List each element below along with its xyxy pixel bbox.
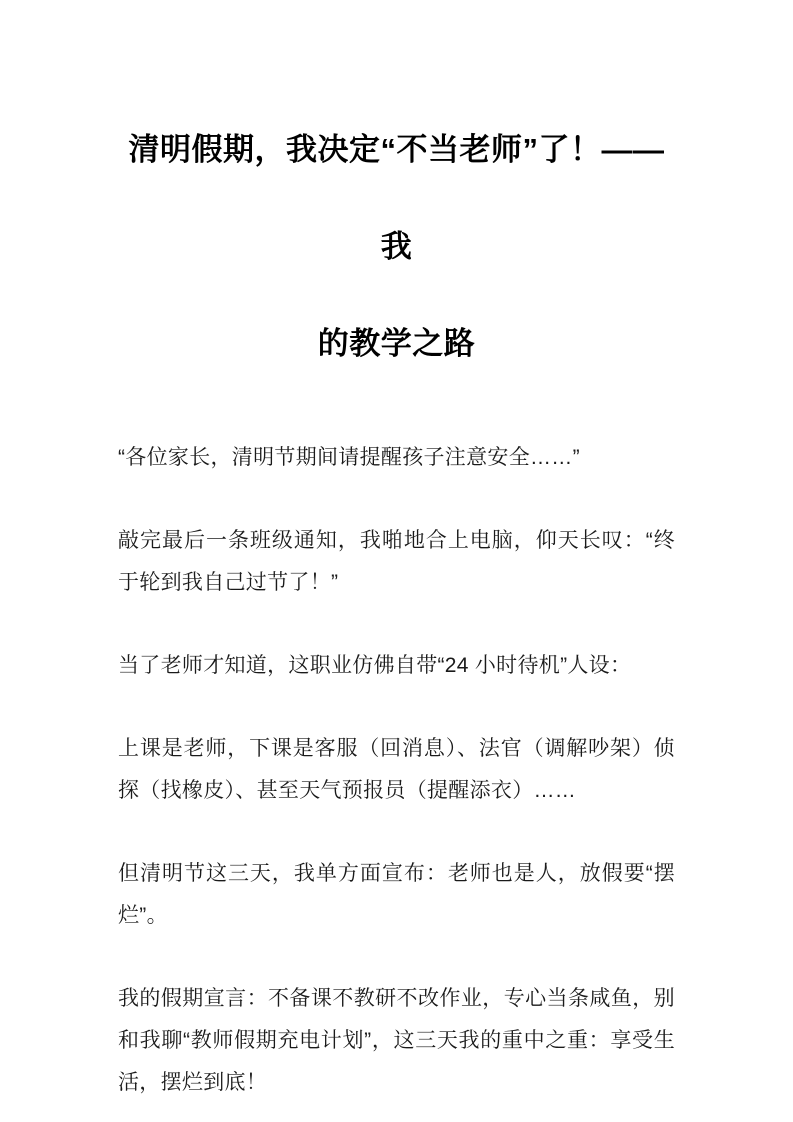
- title-line-2: 的教学之路: [118, 295, 675, 392]
- paragraph-1: “各位家长，清明节期间请提醒孩子注意安全……”: [118, 437, 675, 479]
- document-body: “各位家长，清明节期间请提醒孩子注意安全……” 敲完最后一条班级通知，我啪地合上…: [118, 437, 675, 1104]
- paragraph-5: 但清明节这三天，我单方面宣布：老师也是人，放假要“摆烂”。: [118, 853, 675, 937]
- paragraph-2: 敲完最后一条班级通知，我啪地合上电脑，仰天长叹：“终于轮到我自己过节了！”: [118, 520, 675, 604]
- document-title: 清明假期，我决定“不当老师”了！——我 的教学之路: [118, 101, 675, 392]
- paragraph-3: 当了老师才知道，这职业仿佛自带“24 小时待机”人设：: [118, 645, 675, 687]
- paragraph-6: 我的假期宣言：不备课不教研不改作业，专心当条咸鱼，别和我聊“教师假期充电计划”，…: [118, 978, 675, 1104]
- paragraph-4: 上课是老师，下课是客服（回消息）、法官（调解吵架）侦探（找橡皮）、甚至天气预报员…: [118, 728, 675, 812]
- title-line-1: 清明假期，我决定“不当老师”了！——我: [118, 101, 675, 295]
- document-page: 清明假期，我决定“不当老师”了！——我 的教学之路 “各位家长，清明节期间请提醒…: [0, 0, 793, 1122]
